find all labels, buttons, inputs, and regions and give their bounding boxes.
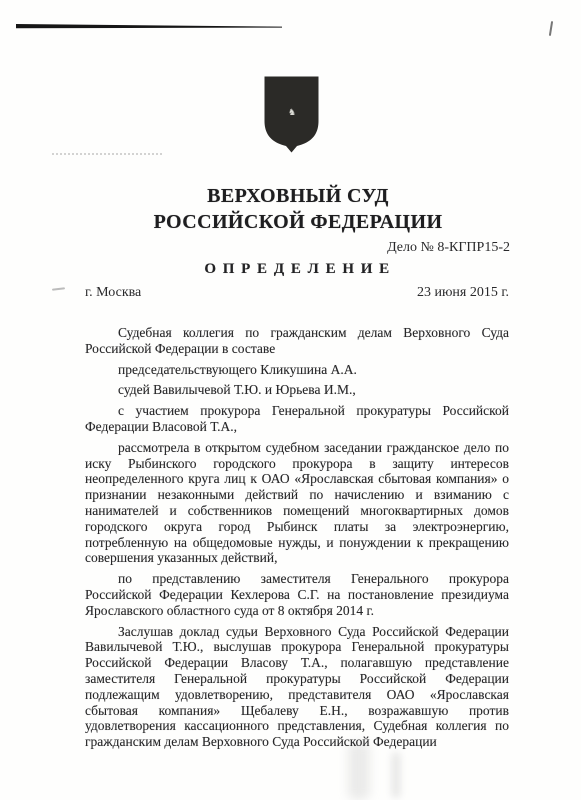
svg-text:♞: ♞ bbox=[288, 108, 296, 118]
place-label: г. Москва bbox=[85, 285, 141, 301]
case-number: Дело № 8-КГПР15-2 bbox=[85, 240, 510, 256]
body-paragraph: председательствующего Кликушина А.А. bbox=[85, 362, 509, 378]
document-body: Судебная коллегия по гражданским делам В… bbox=[85, 325, 509, 755]
scan-artifact-smudge bbox=[392, 752, 400, 798]
court-name-line2: РОССИЙСКОЙ ФЕДЕРАЦИИ bbox=[78, 209, 518, 235]
body-paragraph: рассмотрела в открытом судебном заседани… bbox=[85, 440, 509, 566]
body-paragraph: по представлению заместителя Генеральног… bbox=[85, 571, 509, 618]
body-paragraph: Судебная коллегия по гражданским делам В… bbox=[85, 325, 509, 357]
scan-artifact-speckles bbox=[52, 153, 162, 155]
document-title: О П Р Е Д Е Л Е Н И Е bbox=[85, 261, 510, 278]
body-paragraph: Заслушав доклад судьи Верховного Суда Ро… bbox=[85, 624, 509, 750]
scanned-court-document-page: ♞ ВЕРХОВНЫЙ СУД РОССИЙСКОЙ ФЕДЕРАЦИИ Дел… bbox=[0, 0, 581, 800]
body-paragraph: с участием прокурора Генеральной прокура… bbox=[85, 403, 509, 435]
place-date-row: г. Москва 23 июня 2015 г. bbox=[85, 285, 509, 301]
scan-artifact-line bbox=[16, 16, 282, 21]
date-label: 23 июня 2015 г. bbox=[417, 285, 509, 301]
court-name-line1: ВЕРХОВНЫЙ СУД bbox=[78, 183, 518, 209]
coat-of-arms-icon: ♞ bbox=[263, 75, 320, 153]
scan-artifact-tick bbox=[549, 21, 553, 36]
court-name: ВЕРХОВНЫЙ СУД РОССИЙСКОЙ ФЕДЕРАЦИИ bbox=[78, 183, 518, 235]
body-paragraph: судей Вавилычевой Т.Ю. и Юрьева И.М., bbox=[85, 382, 509, 398]
scan-artifact-mark bbox=[52, 287, 65, 291]
